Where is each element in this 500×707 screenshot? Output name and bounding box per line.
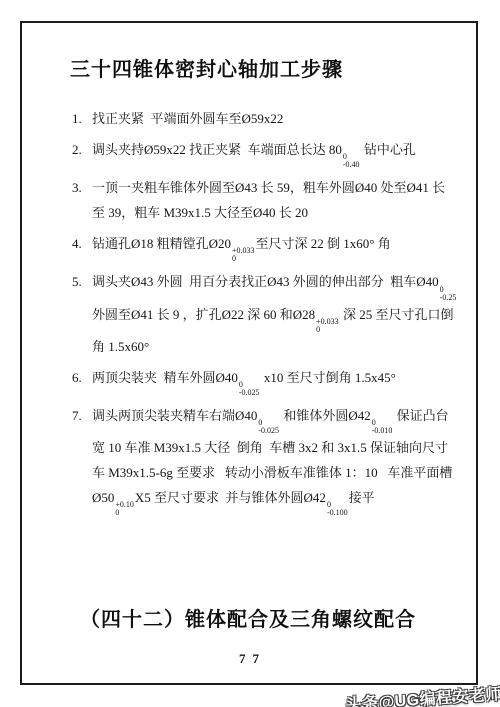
tolerance-notation: +0.100 <box>115 501 134 517</box>
step-number: 2. <box>72 137 92 169</box>
tolerance-notation: +0.0330 <box>316 318 339 334</box>
tolerance-notation: 0-0.100 <box>327 501 348 517</box>
step-number: 4. <box>72 231 92 263</box>
page-border: 三十四锥体密封心轴加工步骤 1.找正夹紧 平端面外圆车至Ø59x222.调头夹持… <box>20 21 478 685</box>
step-number: 3. <box>72 175 92 225</box>
step-number: 6. <box>72 365 92 397</box>
steps-list: 1.找正夹紧 平端面外圆车至Ø59x222.调头夹持Ø59x22 找正夹紧 车端… <box>22 106 476 517</box>
step-number: 7. <box>72 403 92 517</box>
step-text: 两顶尖装夹 精车外圆Ø400-0.025 x10 至尺寸倒角 1.5x45° <box>92 365 458 397</box>
step-text: 调头夹Ø43 外圆 用百分表找正Ø43 外圆的伸出部分 粗车Ø400-0.25 … <box>92 269 458 358</box>
step-item: 3.一顶一夹粗车锥体外圆至Ø43 长 59，粗车外圆Ø40 处至Ø41 长至 3… <box>72 175 458 225</box>
step-text: 一顶一夹粗车锥体外圆至Ø43 长 59，粗车外圆Ø40 处至Ø41 长至 39，… <box>92 175 458 225</box>
section-heading: （四十二）锥体配合及三角螺纹配合 <box>80 603 416 632</box>
step-number: 5. <box>72 269 92 358</box>
step-item: 5.调头夹Ø43 外圆 用百分表找正Ø43 外圆的伸出部分 粗车Ø400-0.2… <box>72 269 458 358</box>
page-title: 三十四锥体密封心轴加工步骤 <box>70 53 476 82</box>
tolerance-notation: 0-0.25 <box>440 286 457 302</box>
tolerance-notation: 0-0.025 <box>258 419 279 435</box>
tolerance-notation: +0.0330 <box>232 247 255 263</box>
step-item: 2.调头夹持Ø59x22 找正夹紧 车端面总长达 800-0.40 钻中心孔 <box>72 137 458 169</box>
step-item: 4.钻通孔Ø18 粗精镗孔Ø20+0.0330至尺寸深 22 倒 1x60° 角 <box>72 231 458 263</box>
step-text: 调头夹持Ø59x22 找正夹紧 车端面总长达 800-0.40 钻中心孔 <box>92 137 458 169</box>
tolerance-notation: 0-0.010 <box>372 419 393 435</box>
step-text: 钻通孔Ø18 粗精镗孔Ø20+0.0330至尺寸深 22 倒 1x60° 角 <box>92 231 458 263</box>
step-text: 调头两顶尖装夹精车右端Ø400-0.025 和锥体外圆Ø420-0.010 保证… <box>92 403 458 517</box>
page-number: 77 <box>22 651 476 667</box>
step-item: 6.两顶尖装夹 精车外圆Ø400-0.025 x10 至尺寸倒角 1.5x45° <box>72 365 458 397</box>
tolerance-notation: 0-0.40 <box>343 153 360 169</box>
step-number: 1. <box>72 106 92 131</box>
tolerance-notation: 0-0.025 <box>239 381 260 397</box>
step-item: 7.调头两顶尖装夹精车右端Ø400-0.025 和锥体外圆Ø420-0.010 … <box>72 403 458 517</box>
step-item: 1.找正夹紧 平端面外圆车至Ø59x22 <box>72 106 458 131</box>
step-text: 找正夹紧 平端面外圆车至Ø59x22 <box>92 106 458 131</box>
